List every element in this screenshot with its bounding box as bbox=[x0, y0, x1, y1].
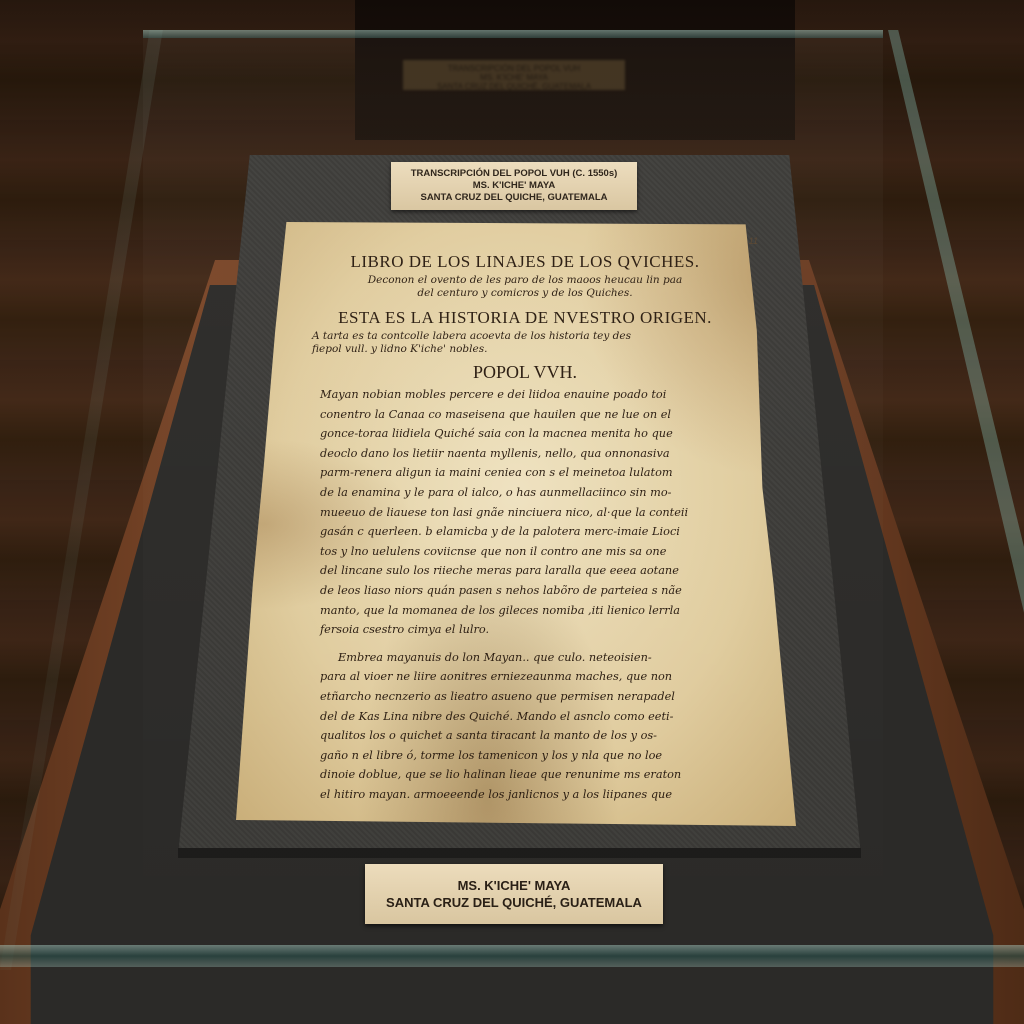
bottom-label-line-origin: MS. K'ICHE' MAYA bbox=[365, 877, 663, 894]
manuscript-line: el hitiro mayan. armoeeende los janlicno… bbox=[320, 785, 742, 805]
top-label-line-location: SANTA CRUZ DEL QUICHE, GUATEMALA bbox=[391, 192, 637, 204]
manuscript-title: POPOL VVH. bbox=[300, 362, 750, 383]
manuscript-heading-2: ESTA ES LA HISTORIA DE NVESTRO ORIGEN. bbox=[300, 308, 750, 328]
manuscript-text: 11 LIBRO DE LOS LINAJES DE LOS QVICHES. … bbox=[300, 236, 750, 804]
back-case-label: TRANSCRIPCIÓN DEL POPOL VUH MS. K'ICHE' … bbox=[403, 60, 625, 90]
back-label-line: MS. K'ICHE' MAYA bbox=[403, 73, 625, 82]
manuscript-line: tos y lno uelulens coviicnse que non il … bbox=[320, 542, 742, 562]
glass-top-edge bbox=[143, 30, 883, 38]
glass-front-edge bbox=[0, 945, 1024, 967]
manuscript-line: etñarcho necnzerio as lieatro asueno que… bbox=[320, 687, 742, 707]
manuscript-line: qualitos los o quichet a santa tiracant … bbox=[320, 726, 742, 746]
manuscript-line: para al vioer ne liire aonitres erniezea… bbox=[320, 667, 742, 687]
manuscript-line: gasán c querleen. b elamicba y de la pal… bbox=[320, 522, 742, 542]
top-label-line-title: TRANSCRIPCIÓN DEL POPOL VUH (C. 1550s) bbox=[391, 168, 637, 180]
manuscript-line: conentro la Canaa co maseisena que hauil… bbox=[320, 405, 742, 425]
manuscript-line: gaño n el libre ó, torme los tamenicon y… bbox=[320, 746, 742, 766]
manuscript-line: deoclo dano los lietiir naenta myllenis,… bbox=[320, 444, 742, 464]
manuscript-subtitle-2: A tarta es ta contcolle labera acoevta d… bbox=[300, 330, 750, 356]
mounting-board-edge bbox=[178, 848, 861, 858]
manuscript-heading-1: LIBRO DE LOS LINAJES DE LOS QVICHES. bbox=[300, 252, 750, 272]
page-number: 11 bbox=[749, 236, 758, 246]
manuscript-line: manto, que la momanea de los gileces nom… bbox=[320, 601, 742, 621]
manuscript-line: de leos liaso niors quán pasen s nehos l… bbox=[320, 581, 742, 601]
back-label-line: SANTA CRUZ DEL QUICHÉ, GUATEMALA bbox=[403, 82, 625, 91]
manuscript-line: Embrea mayanuis do lon Mayan.. que culo.… bbox=[320, 648, 742, 668]
top-label-plaque: TRANSCRIPCIÓN DEL POPOL VUH (C. 1550s) M… bbox=[391, 162, 637, 210]
manuscript-line: mueeuo de liauese ton lasi gnãe ninciuer… bbox=[320, 503, 742, 523]
back-label-line: TRANSCRIPCIÓN DEL POPOL VUH bbox=[403, 64, 625, 73]
manuscript-line: del de Kas Lina nibre des Quiché. Mando … bbox=[320, 707, 742, 727]
manuscript-line: fersoia csestro cimya el lulro. bbox=[320, 620, 742, 640]
manuscript-line: parm-renera aligun ia maini ceniea con s… bbox=[320, 463, 742, 483]
manuscript-subtitle-1: Deconon el ovento de les paro de los mao… bbox=[300, 274, 750, 300]
manuscript-line: Mayan nobian mobles percere e dei liidoa… bbox=[320, 385, 742, 405]
manuscript-body: Mayan nobian mobles percere e dei liidoa… bbox=[300, 385, 750, 804]
top-label-line-origin: MS. K'ICHE' MAYA bbox=[391, 180, 637, 192]
bottom-label-plaque: MS. K'ICHE' MAYA SANTA CRUZ DEL QUICHÉ, … bbox=[365, 864, 663, 924]
manuscript-line: de la enamina y le para ol ialco, o has … bbox=[320, 483, 742, 503]
manuscript-line: dinoie doblue, que se lio halinan lieae … bbox=[320, 765, 742, 785]
bottom-label-line-location: SANTA CRUZ DEL QUICHÉ, GUATEMALA bbox=[365, 894, 663, 911]
manuscript-line: gonce-toraa liidiela Quiché saia con la … bbox=[320, 424, 742, 444]
manuscript-line: del lincane sulo los riieche meras para … bbox=[320, 561, 742, 581]
